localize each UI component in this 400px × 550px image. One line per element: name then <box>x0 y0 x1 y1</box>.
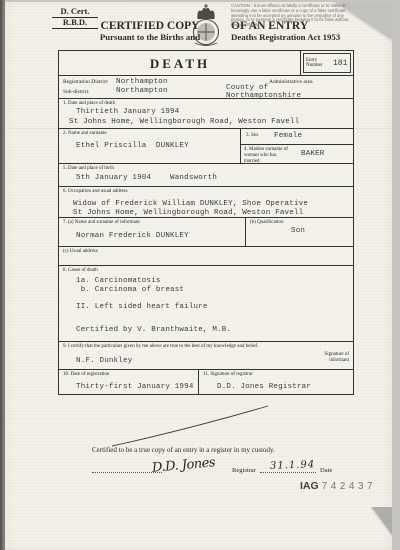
sex-subrow: 3. Sex Female <box>241 129 353 145</box>
qualification-value: Son <box>291 227 305 235</box>
occupation-label: 6. Occupation and usual address <box>63 189 128 195</box>
death-entry-form: DEATH Entry Number 181 Registration Dist… <box>58 50 354 395</box>
pen-flourish-stroke <box>100 398 280 450</box>
certificate-serial-number: IAG742437 <box>300 476 376 494</box>
certificate-paper: D. Cert. R.B.D. CERTIFIED COPY Pursuant … <box>5 2 392 550</box>
entry-number-value: 181 <box>333 59 347 68</box>
field-date-place-of-birth: 5. Date and place of birth 5th January 1… <box>59 163 353 186</box>
administrative-area-label: Administrative area <box>269 79 313 85</box>
cause-of-death-label: 8. Cause of death <box>63 268 98 274</box>
sex-label: 3. Sex <box>246 133 259 139</box>
date-label: Date <box>320 467 332 474</box>
field-registration: 10. Date of registration Thirty-first Ja… <box>59 369 353 394</box>
occupation-value-line1: Widow of Frederick William DUNKLEY, Shoe… <box>73 200 308 208</box>
informant-name-value: Norman Frederick DUNKLEY <box>76 232 189 240</box>
registrar-title-label: Registrar <box>232 467 256 474</box>
cause-line-2: II. Left sided heart failure <box>76 303 208 311</box>
qualification-label: (b) Qualification <box>250 220 283 226</box>
date-of-death-value: Thirtieth January 1994 <box>76 108 179 116</box>
signature-of-informant-label: Signature of informant <box>307 352 349 364</box>
field-cause-of-death: 8. Cause of death 1a. Carcinomatosis b. … <box>59 265 353 341</box>
date-of-registration-value: Thirty-first January 1994 <box>76 383 194 391</box>
sex-maiden-cell: 3. Sex Female 4. Maiden surname of woman… <box>240 129 353 163</box>
field-informant-certification: 9. I certify that the particulars given … <box>59 341 353 369</box>
field-name-sex-maiden: 2. Name and surname Ethel Priscilla DUNK… <box>59 128 353 163</box>
sub-district-label: Sub-district <box>63 89 89 95</box>
bottom-right-page-curl <box>370 507 392 537</box>
date-place-of-birth-label: 5. Date and place of birth <box>63 166 114 172</box>
field-occupation-address: 6. Occupation and usual address Widow of… <box>59 186 353 217</box>
sex-value: Female <box>274 132 302 140</box>
serial-digits: 742437 <box>322 481 376 492</box>
form-title-row: DEATH Entry Number 181 <box>59 51 353 75</box>
usual-address-label: (c) Usual address <box>63 249 98 255</box>
registration-district-label: Registration District <box>63 79 108 85</box>
registrar-signature-area: D.D. Jones Registrar 31.1.94 Date <box>92 460 332 486</box>
occupation-value-line2: St Johns Home, Wellingborough Road, West… <box>73 209 303 217</box>
registration-district-value: Northampton <box>116 78 168 86</box>
registrar-signature-cell: 11. Signature of registrar D.D. Jones Re… <box>198 370 353 394</box>
field-date-place-of-death: 1. Date and place of death Thirtieth Jan… <box>59 98 353 128</box>
cause-line-1a: 1a. Carcinomatosis <box>76 277 161 285</box>
administrative-area-value1: County of <box>226 84 268 92</box>
date-place-of-birth-value: 5th January 1904 Wandsworth <box>76 174 217 182</box>
name-surname-label: 2. Name and surname <box>63 131 107 137</box>
name-surname-value: Ethel Priscilla DUNKLEY <box>76 142 189 150</box>
registrar-signature-value: D.D. Jones Registrar <box>217 383 311 391</box>
signature-of-registrar-label: 11. Signature of registrar <box>203 372 253 378</box>
maiden-surname-value: BAKER <box>301 150 325 158</box>
field-usual-address: (c) Usual address <box>59 246 353 265</box>
serial-prefix: IAG <box>300 480 319 492</box>
royal-crest-icon <box>188 3 224 54</box>
caution-notice: CAUTION - It is an offence to falsify a … <box>231 4 352 28</box>
informant-name-label: 7. (a) Name and surname of informant <box>63 220 140 226</box>
handwritten-date: 31.1.94 <box>270 459 316 472</box>
field-informant: 7. (a) Name and surname of informant Nor… <box>59 217 353 246</box>
date-of-registration-label: 10. Date of registration <box>63 372 109 378</box>
registrar-handwritten-signature: D.D. Jones <box>151 455 215 475</box>
form-title: DEATH <box>59 56 301 72</box>
qualification-cell: (b) Qualification Son <box>245 218 353 246</box>
act-title: Deaths Registration Act 1953 <box>231 32 361 42</box>
date-place-of-death-label: 1. Date and place of death <box>63 101 115 107</box>
sub-district-value: Northampton <box>116 87 168 95</box>
entry-number-box: Entry Number 181 <box>303 53 351 73</box>
informant-certification-label: 9. I certify that the particulars given … <box>63 344 343 350</box>
scanned-death-certificate: D. Cert. R.B.D. CERTIFIED COPY Pursuant … <box>0 0 400 550</box>
place-of-death-value: St Johns Home, Wellingborough Road, West… <box>69 118 299 126</box>
district-row: Registration District Northampton Sub-di… <box>59 75 353 98</box>
certified-by-value: Certified by V. Branthwaite, M.B. <box>76 326 231 334</box>
informant-signature-value: N.F. Dunkley <box>76 357 132 365</box>
cause-line-1b: b. Carcinoma of breast <box>76 286 184 294</box>
maiden-subrow: 4. Maiden surname of woman who has marri… <box>241 145 353 163</box>
entry-number-label: Entry Number <box>304 58 330 69</box>
true-copy-statement: Certified to be a true copy of an entry … <box>92 446 275 454</box>
entry-number-cell: Entry Number 181 <box>300 51 353 75</box>
